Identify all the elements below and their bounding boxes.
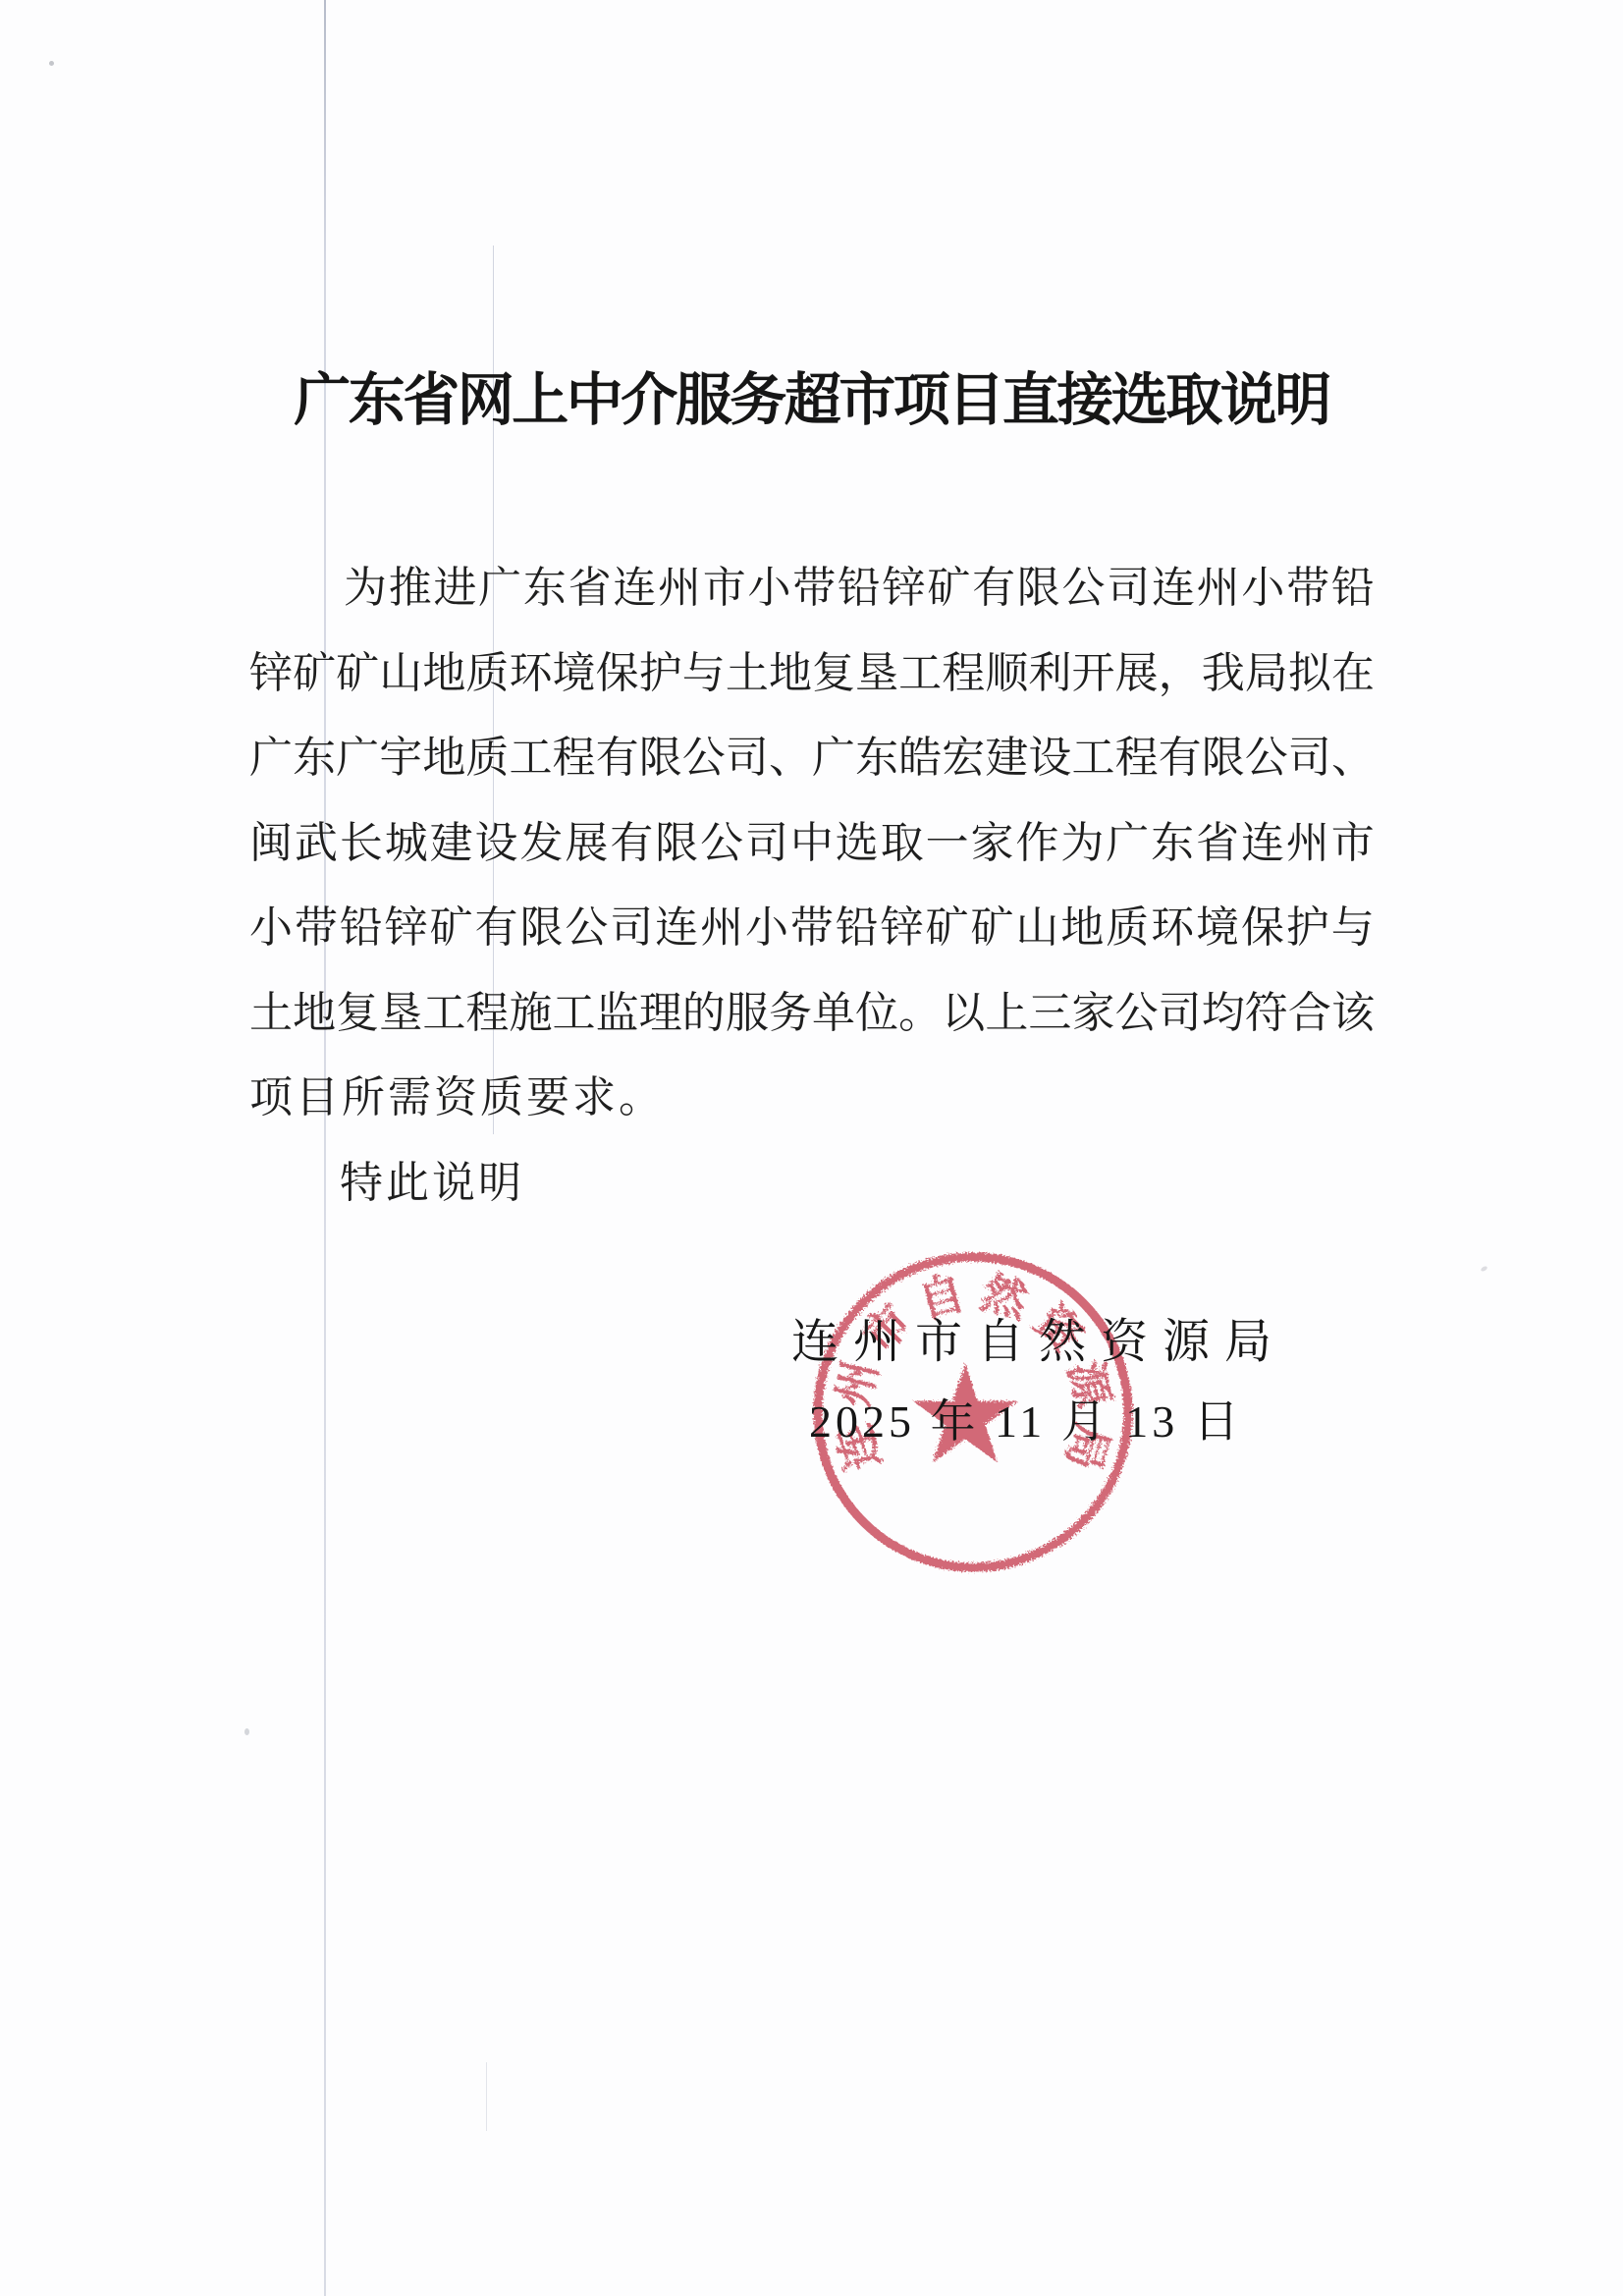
body-char: 司	[726, 722, 769, 785]
body-char: 垦	[855, 637, 898, 700]
body-char: 广	[249, 722, 293, 785]
body-char: 复	[812, 637, 855, 700]
body-char: 地	[422, 637, 465, 700]
body-char: 土	[726, 637, 769, 700]
body-char: 务	[769, 977, 812, 1040]
body-char: 小	[1241, 552, 1284, 615]
body-char: 东	[855, 722, 898, 785]
body-char: 的	[682, 977, 726, 1040]
body-char: 护	[639, 637, 682, 700]
body-char: 施	[509, 977, 552, 1040]
body-char: 地	[293, 977, 336, 1040]
body-char: 公	[1115, 977, 1159, 1040]
body-char: 进	[433, 552, 476, 615]
body-char: 小	[249, 892, 293, 955]
body-char: 公	[682, 722, 726, 785]
body-char: 与	[1331, 892, 1375, 955]
body-char: 山	[1015, 892, 1058, 955]
body-char: 建	[985, 722, 1028, 785]
body-char: 境	[1196, 892, 1239, 955]
body-char: 三	[1028, 977, 1071, 1040]
body-char: 闽	[249, 807, 293, 870]
body-char: 设	[1028, 722, 1071, 785]
body-char: 选	[836, 807, 879, 870]
body-char: 我	[1202, 637, 1245, 700]
body-char: 推	[389, 552, 432, 615]
body-char: 保	[596, 637, 639, 700]
body-char: 广	[336, 722, 379, 785]
body-char: 小	[747, 552, 790, 615]
body-char: 建	[430, 807, 473, 870]
body-char: 符	[1245, 977, 1288, 1040]
body-char: 有	[596, 722, 639, 785]
body-char: 铅	[836, 892, 879, 955]
body-char: 利	[1028, 637, 1071, 700]
body-char: 展	[565, 807, 608, 870]
body-char: 限	[1202, 722, 1245, 785]
body-char: 锌	[385, 892, 428, 955]
body-char: 广	[1106, 807, 1149, 870]
body-char: 铅	[838, 552, 881, 615]
body-char: 州	[1197, 552, 1240, 615]
body-char: 广	[812, 722, 855, 785]
body-char: 公	[1062, 552, 1106, 615]
body-char: 取	[881, 807, 924, 870]
body-line: 锌矿矿山地质环境保护与土地复垦工程顺利开展，我局拟在	[249, 627, 1375, 712]
body-char: 、	[1331, 722, 1375, 785]
body-char: 东	[523, 552, 567, 615]
body-char: 有	[610, 807, 653, 870]
body-char: 位	[855, 977, 898, 1040]
body-char: 长	[340, 807, 383, 870]
body-line: 为推进广东省连州市小带铅锌矿有限公司连州小带铅	[249, 541, 1375, 627]
body-char: 司	[1159, 977, 1202, 1040]
body-char: 锌	[883, 552, 926, 615]
body-char: 展	[1115, 637, 1159, 700]
body-char: 带	[295, 892, 338, 955]
body-char: 连	[655, 892, 698, 955]
body-char: 工	[898, 637, 942, 700]
body-char: 作	[1015, 807, 1058, 870]
body-char: 服	[726, 977, 769, 1040]
body-char: 中	[790, 807, 834, 870]
body-paragraph: 为推进广东省连州市小带铅锌矿有限公司连州小带铅锌矿矿山地质环境保护与土地复垦工程…	[249, 541, 1375, 1221]
body-line: 土地复垦工程施工监理的服务单位。以上三家公司均符合该	[249, 966, 1375, 1052]
body-char: 局	[1245, 637, 1288, 700]
body-line: 项目所需资质要求。	[249, 1051, 1375, 1136]
body-char: 市	[703, 552, 746, 615]
body-char: 广	[478, 552, 521, 615]
body-char: 限	[639, 722, 682, 785]
body-char: 设	[475, 807, 518, 870]
body-char: 连	[1241, 807, 1284, 870]
body-char: 发	[519, 807, 563, 870]
body-char: 司	[610, 892, 653, 955]
body-char: 程	[553, 722, 596, 785]
scan-speck	[244, 1728, 249, 1735]
body-char: 州	[700, 892, 743, 955]
body-char: 东	[1151, 807, 1194, 870]
body-char: 有	[972, 552, 1015, 615]
body-char: 质	[1106, 892, 1149, 955]
body-char: 司	[745, 807, 788, 870]
body-char: 为	[344, 552, 387, 615]
body-char: 垦	[379, 977, 422, 1040]
body-char: 州	[1286, 807, 1329, 870]
scan-speck	[1480, 1266, 1488, 1273]
body-char: 地	[422, 722, 465, 785]
body-char: 地	[1060, 892, 1104, 955]
body-char: 为	[1060, 807, 1104, 870]
body-char: 限	[655, 807, 698, 870]
body-char: 宇	[379, 722, 422, 785]
body-char: 铅	[340, 892, 383, 955]
body-char: 一	[926, 807, 969, 870]
body-char: 以	[942, 977, 985, 1040]
body-char: 连	[1152, 552, 1195, 615]
body-char: 有	[475, 892, 518, 955]
scan-speck	[49, 61, 54, 66]
issuer-signature: 连州市自然资源局	[791, 1315, 1286, 1370]
body-char: 家	[971, 807, 1014, 870]
page-title: 广东省网上中介服务超市项目直接选取说明	[0, 368, 1623, 433]
body-char: 单	[812, 977, 855, 1040]
body-char: 矿	[926, 892, 969, 955]
body-char: 司	[1107, 552, 1150, 615]
body-char: 开	[1071, 637, 1114, 700]
body-char: 保	[1241, 892, 1284, 955]
body-char: 拟	[1288, 637, 1331, 700]
body-char: 矿	[927, 552, 970, 615]
body-char: 监	[596, 977, 639, 1040]
scan-artifact-line	[486, 2062, 487, 2131]
body-char: 在	[1331, 637, 1375, 700]
body-char: 皓	[898, 722, 942, 785]
body-char: 该	[1331, 977, 1375, 1040]
body-char: 小	[745, 892, 788, 955]
body-char: 武	[295, 807, 338, 870]
body-char: 质	[465, 722, 509, 785]
body-char: 省	[1196, 807, 1239, 870]
body-char: 地	[769, 637, 812, 700]
body-char: 铅	[1331, 552, 1375, 615]
issue-date: 2025 年 11 月 13 日	[809, 1394, 1243, 1450]
body-char: 东	[293, 722, 336, 785]
body-char: 家	[1071, 977, 1114, 1040]
body-char: 工	[1071, 722, 1114, 785]
body-char: 上	[985, 977, 1028, 1040]
body-char: 合	[1288, 977, 1331, 1040]
body-char: 均	[1202, 977, 1245, 1040]
body-line: 闽武长城建设发展有限公司中选取一家作为广东省连州市	[249, 796, 1375, 882]
body-char: 环	[1151, 892, 1194, 955]
body-char: 城	[385, 807, 428, 870]
body-char: 境	[553, 637, 596, 700]
body-char: 矿	[336, 637, 379, 700]
body-char: 矿	[293, 637, 336, 700]
body-char: 工	[553, 977, 596, 1040]
document-page: 广东省网上中介服务超市项目直接选取说明 为推进广东省连州市小带铅锌矿有限公司连州…	[0, 0, 1623, 2296]
body-char: 限	[519, 892, 563, 955]
body-char: 市	[1331, 807, 1375, 870]
body-char: 州	[658, 552, 701, 615]
body-char: 顺	[985, 637, 1028, 700]
body-line: 小带铅锌矿有限公司连州小带铅锌矿矿山地质环境保护与	[249, 881, 1375, 966]
body-char: 工	[509, 722, 552, 785]
body-char: 复	[336, 977, 379, 1040]
body-char: 程	[465, 977, 509, 1040]
body-char: 山	[379, 637, 422, 700]
body-char: 锌	[881, 892, 924, 955]
body-char: 程	[942, 637, 985, 700]
body-char: 司	[1288, 722, 1331, 785]
body-char: 连	[613, 552, 656, 615]
body-char: 矿	[971, 892, 1014, 955]
body-char: 锌	[249, 637, 293, 700]
body-char: 工	[422, 977, 465, 1040]
body-char: 公	[565, 892, 608, 955]
body-char: 环	[509, 637, 552, 700]
body-char: 。	[898, 977, 942, 1040]
body-char: 省	[568, 552, 612, 615]
body-char: 带	[792, 552, 836, 615]
body-char: 质	[465, 637, 509, 700]
body-char: 理	[639, 977, 682, 1040]
body-char: 限	[1017, 552, 1060, 615]
body-char: 带	[790, 892, 834, 955]
body-char: ，	[1159, 637, 1202, 700]
body-char: 矿	[430, 892, 473, 955]
body-char: 护	[1286, 892, 1329, 955]
body-char: 宏	[942, 722, 985, 785]
body-char: 有	[1159, 722, 1202, 785]
body-char: 土	[249, 977, 293, 1040]
body-char: 公	[700, 807, 743, 870]
body-char: 带	[1286, 552, 1329, 615]
body-line: 广东广宇地质工程有限公司、广东皓宏建设工程有限公司、	[249, 711, 1375, 796]
body-line: 特此说明	[249, 1136, 1375, 1222]
body-char: 与	[682, 637, 726, 700]
body-char: 程	[1115, 722, 1159, 785]
body-char: 、	[769, 722, 812, 785]
body-char: 公	[1245, 722, 1288, 785]
